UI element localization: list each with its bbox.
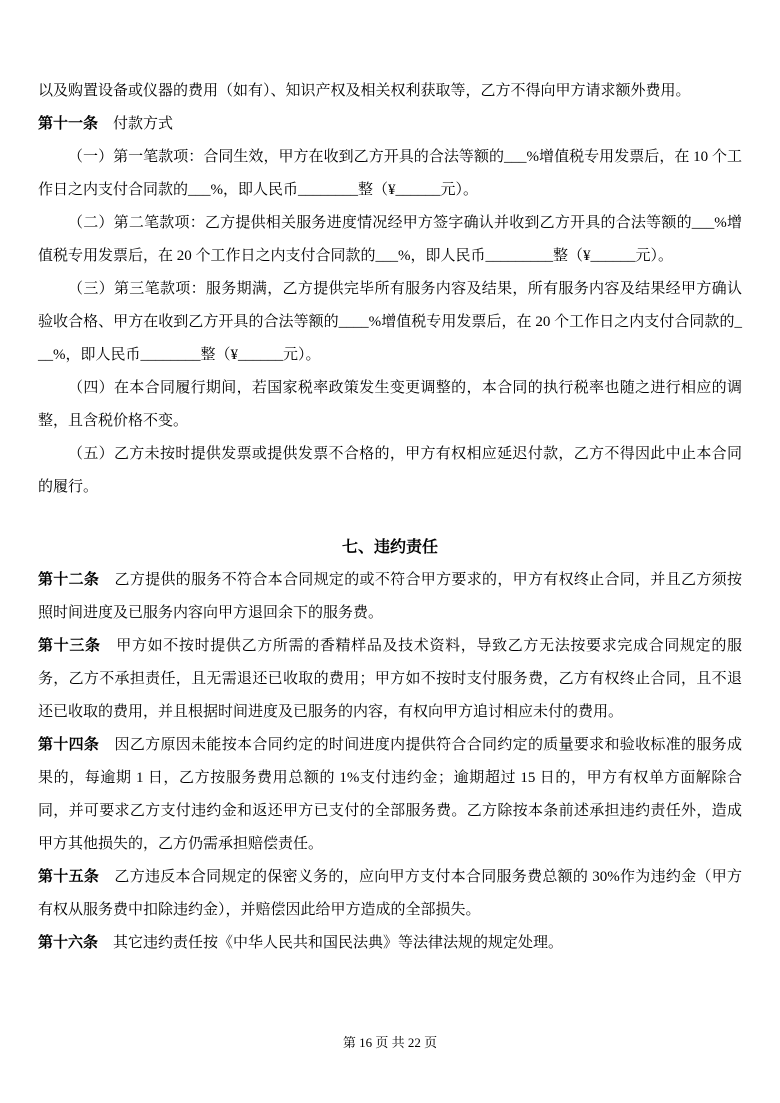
document-page: 以及购置设备或仪器的费用（如有）、知识产权及相关权利获取等，乙方不得向甲方请求额… [0,0,780,1103]
article-number: 第十一条 [38,116,98,132]
article-number: 第十五条 [38,869,99,885]
body-paragraph: （四）在本合同履行期间，若国家税率政策发生变更调整的，本合同的执行税率也随之进行… [38,372,742,438]
article-paragraph: 第十一条 付款方式 [38,108,742,141]
article-number: 第十二条 [38,572,99,588]
document-body: 以及购置设备或仪器的费用（如有）、知识产权及相关权利获取等，乙方不得向甲方请求额… [38,75,742,960]
article-paragraph: 第十四条 因乙方原因未能按本合同约定的时间进度内提供符合合同约定的质量要求和验收… [38,729,742,861]
page-footer: 第 16 页 共 22 页 [0,1033,780,1053]
page-number-text: 第 16 页 共 22 页 [343,1035,437,1050]
article-paragraph: 第十三条 甲方如不按时提供乙方所需的香精样品及技术资料，导致乙方无法按要求完成合… [38,630,742,729]
article-number: 第十四条 [38,737,99,753]
section-heading: 七、违约责任 [38,531,742,564]
article-number: 第十三条 [38,638,101,654]
body-paragraph: （五）乙方未按时提供发票或提供发票不合格的，甲方有权相应延迟付款，乙方不得因此中… [38,438,742,504]
article-paragraph: 第十六条 其它违约责任按《中华人民共和国民法典》等法律法规的规定处理。 [38,927,742,960]
body-paragraph: 以及购置设备或仪器的费用（如有）、知识产权及相关权利获取等，乙方不得向甲方请求额… [38,75,742,108]
body-paragraph: （一）第一笔款项：合同生效，甲方在收到乙方开具的合法等额的___%增值税专用发票… [38,141,742,207]
body-paragraph: （三）第三笔款项：服务期满，乙方提供完毕所有服务内容及结果，所有服务内容及结果经… [38,273,742,372]
article-number: 第十六条 [38,935,98,951]
article-paragraph: 第十五条 乙方违反本合同规定的保密义务的，应向甲方支付本合同服务费总额的 30%… [38,861,742,927]
body-paragraph: （二）第二笔款项：乙方提供相关服务进度情况经甲方签字确认并收到乙方开具的合法等额… [38,207,742,273]
article-paragraph: 第十二条 乙方提供的服务不符合本合同规定的或不符合甲方要求的，甲方有权终止合同，… [38,564,742,630]
